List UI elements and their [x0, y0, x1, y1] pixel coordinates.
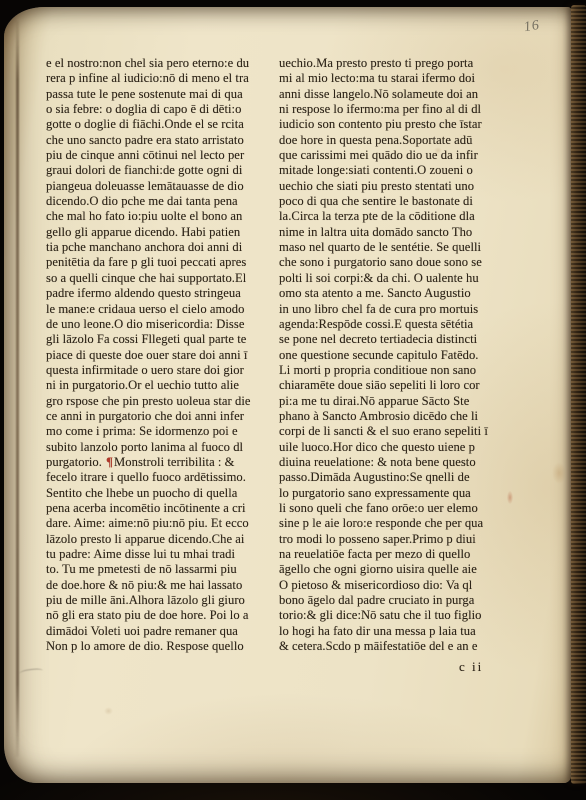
text-line: la.Circa la terza pte de la cōditione dl… [279, 209, 545, 224]
text-line: lo hogi ha fato dir una messa p laia tua [279, 624, 545, 639]
text-line: questa infirmitade o uero stare doi gior [46, 363, 278, 378]
text-line: li sono queli che fano orōe:o uer elemo [279, 501, 545, 516]
text-line: piu de cinque anni cōtinui nel lecto per [46, 148, 278, 163]
text-line: na reuelatiōe facta per mezo di quello [279, 547, 545, 562]
text-line: mi al mio lecto:ma tu starai ifermo doi [279, 71, 545, 86]
text-line: & cetera.Scdo p māifestatiōe del e an e [279, 639, 545, 654]
text-line: dare. Aime: aime:nō piu:nō piu. Et ecco [46, 516, 278, 531]
text-line: ni in purgatorio.Or el uechio tutto alie [46, 378, 278, 393]
text-line: passa tute le pene sostenute mai di qua [46, 87, 278, 102]
text-line: Sentito che lhebe un puocho di quella [46, 486, 278, 501]
text-line: one questione secunde capitulo Fatēdo. [279, 348, 545, 363]
text-line: fecelo itrare i quello fuoco ardētissimo… [46, 470, 278, 485]
text-line: che sono i purgatorio sano doue sono se [279, 255, 545, 270]
text-line: to. Tu me pmetesti de nō lassarmi piu [46, 562, 278, 577]
text-line: tia pche manchano anchora doi anni di [46, 240, 278, 255]
text-line: bono āgelo dal padre cruciato in purga [279, 593, 545, 608]
text-line: corpi de li sancti & el suo erano sepeli… [279, 424, 545, 439]
text-line: omo sta atento a me. Sancto Augustio [279, 286, 545, 301]
text-line: uile luoco.Hor dico che questo uiene p [279, 440, 545, 455]
gutter-crease [16, 21, 19, 757]
text-line: mitade longe:siati contenti.O zoueni o [279, 163, 545, 178]
folio-number: 16 [523, 18, 541, 36]
text-line: gello gli apparue dicendo. Habi patien [46, 225, 278, 240]
text-line: phano à Sancto Ambrosio dicēdo che li [279, 409, 545, 424]
text-line: graui dolori de fianchi:de gotte ogni di [46, 163, 278, 178]
text-line: agenda:Respōde cossi.E questa sētétia [279, 317, 545, 332]
text-column-left: e el nostro:non chel sia pero eterno:e d… [46, 56, 278, 654]
text-line: pena acerba incomētio incōtinente a cri [46, 501, 278, 516]
text-line: so a quelli cinque che hai supportato.El [46, 271, 278, 286]
text-line: piu de mille āni.Alhora lāzolo gli giuro [46, 593, 278, 608]
text-line: maso nel quarto de le sentétie. Se quell… [279, 240, 545, 255]
text-line: anni disse langelo.Nō solameute doi an [279, 87, 545, 102]
text-line: nime in laltra uita domādo sancto Tho [279, 225, 545, 240]
text-line: o sia febre: o doglia di capo ē di dēti:… [46, 102, 278, 117]
text-line: Li morti p propria conditioue non sano [279, 363, 545, 378]
text-line: penitētia da fare p gli tuoi peccati apr… [46, 255, 278, 270]
text-column-right: uechio.Ma presto presto ti prego portami… [279, 56, 545, 654]
text-line: tro modi lo posseno saper.Primo p diui [279, 532, 545, 547]
text-line: diuina reuelatione: & nota bene questo [279, 455, 545, 470]
text-line: iudicio son contento piu presto che īsta… [279, 117, 545, 132]
text-line: tu padre: Aime disse lui tu mhai tradi [46, 547, 278, 562]
text-line: ce anni in purgatorio che doi anni infer [46, 409, 278, 424]
rubric-pilcrow: ¶ [105, 455, 114, 469]
text-line: sine p le aie loro:e responde che per qu… [279, 516, 545, 531]
fore-edge [571, 5, 586, 784]
text-line: dimādoi Voleti uoi padre remaner qua [46, 624, 278, 639]
text-line: uechio.Ma presto presto ti prego porta [279, 56, 545, 71]
text-line: Non p lo amore de dio. Respose quello [46, 639, 278, 654]
text-line: poco di qua che sentire le bastonate di [279, 194, 545, 209]
text-line: nō gli era stato piu de doe hore. Poi lo… [46, 608, 278, 623]
text-line: O pietoso & misericordioso dio: Va ql [279, 578, 545, 593]
text-line: torio:& gli dice:Nō satu che il tuo figl… [279, 608, 545, 623]
text-line: pi:a me tu dirai.Nō apparue Sācto Ste [279, 394, 545, 409]
photo-background: 16 e el nostro:non chel sia pero eterno:… [0, 0, 586, 800]
text-line: polti li soi corpi:& da chi. O ualente h… [279, 271, 545, 286]
text-line: rera p infine al iudicio:nō di meno el t… [46, 71, 278, 86]
signature-mark: c ii [459, 659, 483, 675]
text-line: de doe.hore & nō piu:& me hai lassato [46, 578, 278, 593]
text-line: que carissimi mei quādo dio ue da infir [279, 148, 545, 163]
text-line: mo come i prima: Se idormenzo poi e [46, 424, 278, 439]
text-line: doe hore in questa pena.Soportate adū [279, 133, 545, 148]
text-line: lāzolo presto li apparue dicendo.Che ai [46, 532, 278, 547]
text-line: subito lanzolo porto lanima al fuoco dl [46, 440, 278, 455]
text-line: de uno leone.O dio misericordia: Disse [46, 317, 278, 332]
text-line: ni respose lo ifermo:ma per fino al di d… [279, 102, 545, 117]
text-line: gotte o doglie di fiāchi.Onde el se rcit… [46, 117, 278, 132]
text-line: se pone nel decreto tertiadecia distinct… [279, 332, 545, 347]
text-line: le mane:e cridaua uerso el cielo amodo [46, 302, 278, 317]
text-line: gli lāzolo Fa cossi Fllegeti qual parte … [46, 332, 278, 347]
text-line: e el nostro:non chel sia pero eterno:e d… [46, 56, 278, 71]
paper-stain [552, 462, 566, 484]
text-line: piace di queste doe ouer stare doi anni … [46, 348, 278, 363]
paper-stain [104, 707, 113, 715]
text-line: che mal ho fato io:piu uolte el bono an [46, 209, 278, 224]
text-line: purgatorio. ¶Monstroli terribilita : & [46, 455, 278, 470]
text-line: dicendo.O dio pche me dai tanta pena [46, 194, 278, 209]
text-line: che uno sancto padre era stato arristato [46, 133, 278, 148]
text-line: uechio che siati piu presto stentati uno [279, 179, 545, 194]
text-line: piangeua doleuasse lemātauasse de dio [46, 179, 278, 194]
text-line: passo.Dimāda Augustino:Se qnelli de [279, 470, 545, 485]
text-line: padre ifermo aldendo questo stringeua [46, 286, 278, 301]
text-line: gro rspose che pin presto uoleua star di… [46, 394, 278, 409]
text-line: lo purgatorio sano expressamente qua [279, 486, 545, 501]
text-line: chiaramēte doue siāo sepeliti li loro co… [279, 378, 545, 393]
text-line: in uno libro chel fa de cura pro mortuis [279, 302, 545, 317]
text-line: āgello che ogni giorno uisira quelle aie [279, 562, 545, 577]
